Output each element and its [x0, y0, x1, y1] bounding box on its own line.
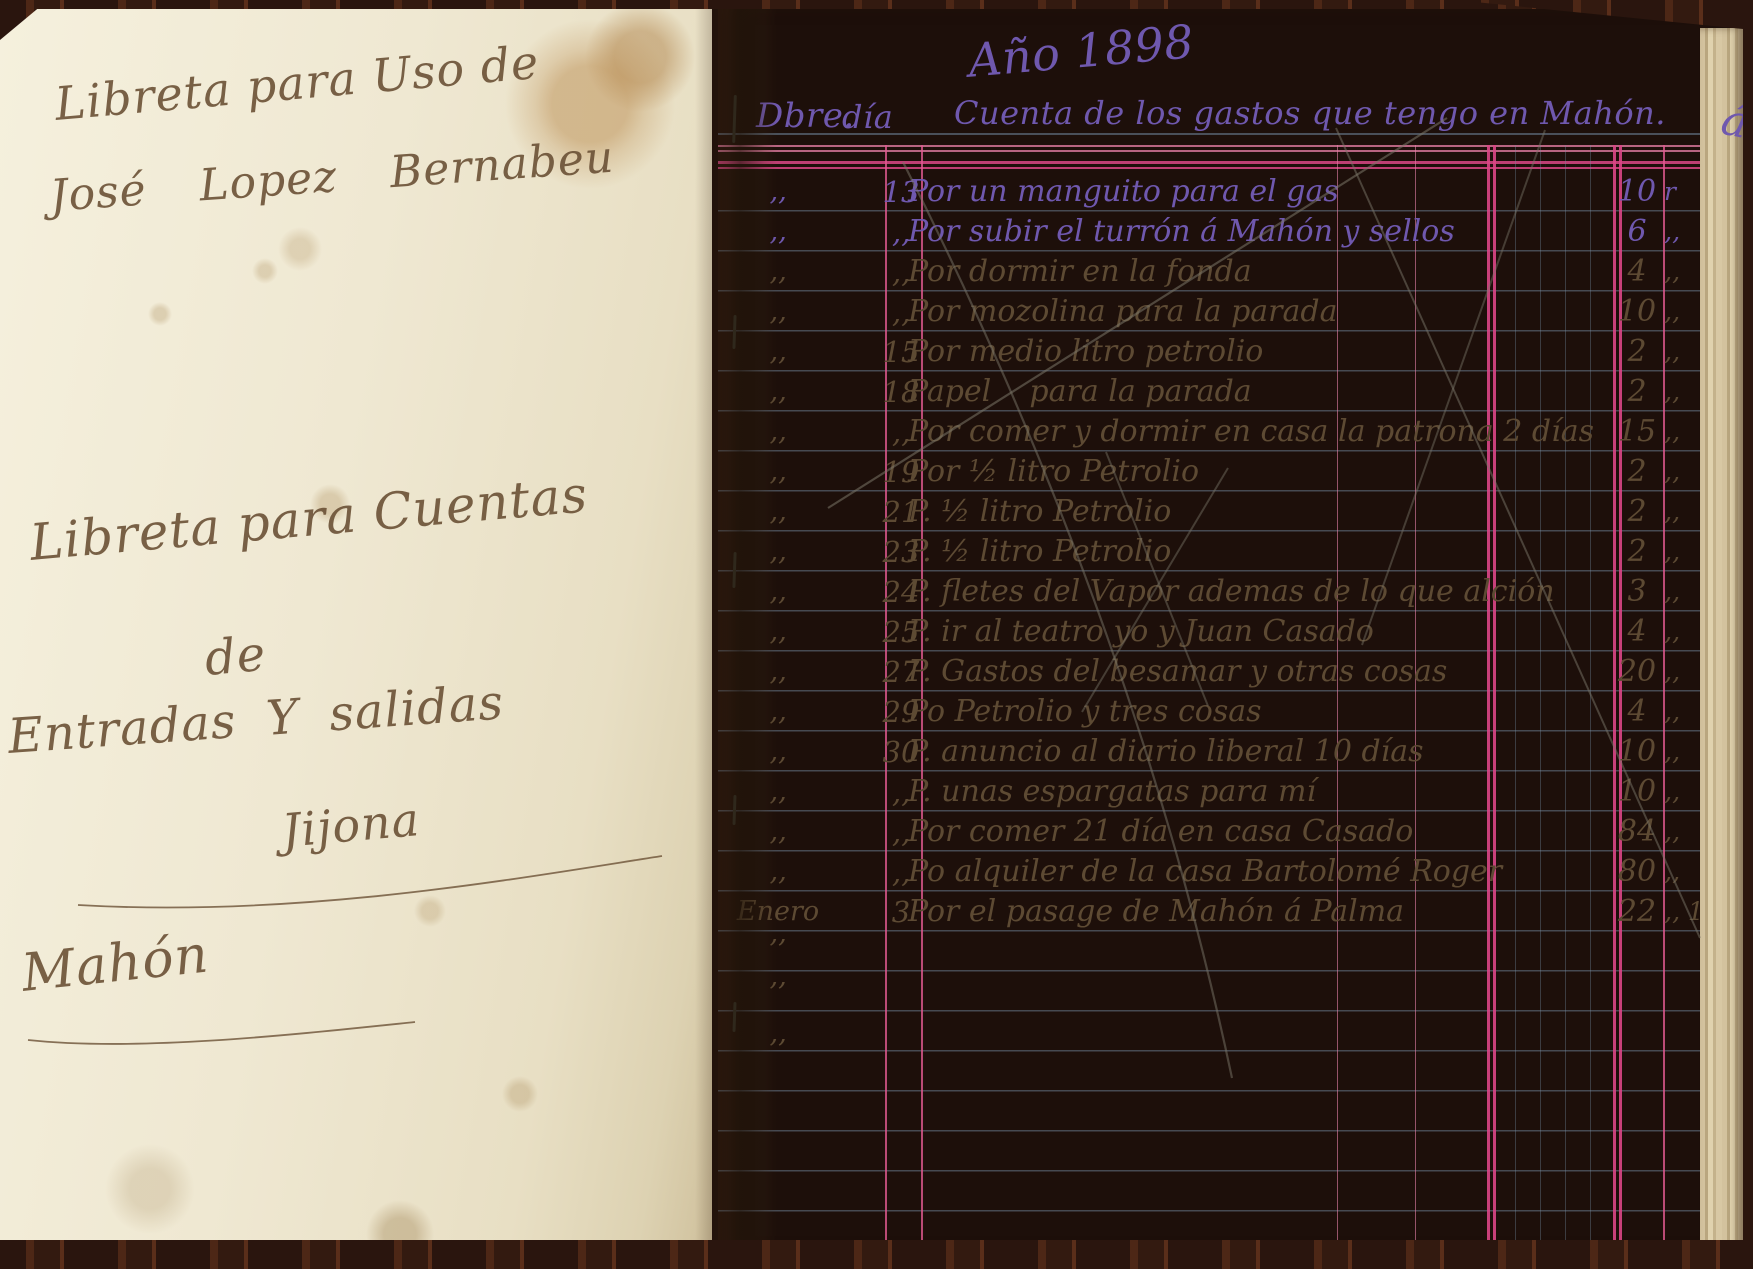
description-cell: Por comer 21 día en casa Casado	[908, 812, 1413, 852]
amount-cell: 20	[1611, 652, 1663, 692]
description-cell: Por un manguito para el gas	[908, 172, 1339, 212]
year-title: Año 1898	[966, 14, 1196, 88]
ledger-row: ‚‚ ‚‚ Por dormir en la fonda 4 ‚‚	[718, 252, 1700, 292]
left-line-6: Jijona	[280, 792, 422, 858]
ledger-row: ‚‚ 15 Por medio litro petrolio 2 ‚‚	[718, 332, 1700, 372]
amount-cell: 6	[1611, 212, 1663, 252]
description-cell: Por mozolina para la parada	[908, 292, 1338, 332]
amount-cell: 2	[1611, 372, 1663, 412]
amount-cell: 2	[1611, 492, 1663, 532]
ledger-row: ‚‚ 13 Por un manguito para el gas 10 r	[718, 172, 1700, 212]
amount-cell: 84	[1611, 812, 1663, 852]
amount-cell: 4	[1611, 692, 1663, 732]
amount-cell: 4	[1611, 612, 1663, 652]
amount-cell: 2	[1611, 452, 1663, 492]
left-line-1: Libreta para Uso de	[53, 35, 542, 131]
amount-cell: 80	[1611, 852, 1663, 892]
amount-cell: 15	[1611, 412, 1663, 452]
binding-stitch	[732, 315, 736, 349]
ledger-row: ‚‚ ‚‚ Po alquiler de la casa Bartolomé R…	[718, 852, 1700, 892]
description-cell: Po alquiler de la casa Bartolomé Roger	[908, 852, 1502, 892]
left-line-3: Libreta para Cuentas	[27, 465, 590, 572]
description-cell: Por ½ litro Petrolio	[908, 452, 1199, 492]
description-cell: P. fletes del Vapor ademas de lo que alc…	[908, 572, 1555, 612]
ledger-row: ‚‚ ‚‚ P. unas espargatas para mí 10 ‚‚	[718, 772, 1700, 812]
description-cell: Por comer y dormir en casa la patrona 2 …	[908, 412, 1594, 452]
ledger-row: ‚‚ 19 Por ½ litro Petrolio 2 ‚‚	[718, 452, 1700, 492]
amount-cell: 10	[1611, 732, 1663, 772]
ledger-row: ‚‚ 27 P. Gastos del besamar y otras cosa…	[718, 652, 1700, 692]
rule-line	[718, 150, 1700, 152]
rule-line	[718, 145, 1700, 147]
amount-cell: 2	[1611, 532, 1663, 572]
binding-stitch	[732, 552, 736, 588]
left-line-7: Mahón	[19, 925, 212, 1004]
ledger-row: ‚‚ ‚‚ Por subir el turrón á Mahón y sell…	[718, 212, 1700, 252]
amount-cell: 22	[1611, 892, 1663, 932]
description-cell: P. ½ litro Petrolio	[908, 532, 1171, 572]
ledger-row: ‚‚ 24 P. fletes del Vapor ademas de lo q…	[718, 572, 1700, 612]
ledger-row: ‚‚ 29 Po Petrolio y tres cosas 4 ‚‚	[718, 692, 1700, 732]
ledger-entries: ‚‚ 13 Por un manguito para el gas 10 r ‚…	[718, 172, 1700, 932]
left-page: Libreta para Uso de José Lopez Bernabeu …	[0, 9, 712, 1243]
amount-cell: 4	[1611, 252, 1663, 292]
amount-cell: 10	[1611, 772, 1663, 812]
description-cell: P. ir al teatro yo y Juan Casado	[908, 612, 1374, 652]
binding-stitch	[732, 795, 736, 825]
description-cell: Po Petrolio y tres cosas	[908, 692, 1262, 732]
description-cell: P. anuncio al diario liberal 10 días	[908, 732, 1424, 772]
page-edge-stack	[1700, 28, 1743, 1255]
header-description: Cuenta de los gastos que tengo en Mahón.	[954, 94, 1666, 132]
amount-cell: 10	[1611, 292, 1663, 332]
left-line-2: José Lopez Bernabeu	[48, 132, 616, 222]
ledger-row: ‚‚ 25 P. ir al teatro yo y Juan Casado 4…	[718, 612, 1700, 652]
ledger-row: ‚‚ ‚‚ Por mozolina para la parada 10 ‚‚	[718, 292, 1700, 332]
amount-cell: 2	[1611, 332, 1663, 372]
description-cell: P. ½ litro Petrolio	[908, 492, 1171, 532]
header-day: día	[842, 98, 893, 136]
rule-line	[718, 167, 1700, 169]
scanned-ledger-photo: Libreta para Uso de José Lopez Bernabeu …	[0, 0, 1753, 1269]
right-page: Año 1898 Dbre. día Cuenta de los gastos …	[718, 6, 1700, 1255]
ledger-row: ‚‚ 23 P. ½ litro Petrolio 2 ‚‚	[718, 532, 1700, 572]
ledger-row: Enero 3 Por el pasage de Mahón á Palma 2…	[718, 892, 1700, 932]
binding-stitch	[732, 1002, 736, 1032]
ledger-row: ‚‚ 21 P. ½ litro Petrolio 2 ‚‚	[718, 492, 1700, 532]
left-line-4: de	[203, 626, 269, 687]
amount-cell: 10	[1611, 172, 1663, 212]
left-line-5: Entradas Y salidas	[6, 674, 506, 765]
rule-line	[718, 161, 1700, 164]
ledger-row: ‚‚ 18 Papel para la parada 2 ‚‚	[718, 372, 1700, 412]
frame-right	[1743, 0, 1753, 1269]
description-cell: Por medio litro petrolio	[908, 332, 1263, 372]
description-cell: P. Gastos del besamar y otras cosas	[908, 652, 1447, 692]
ledger-row: ‚‚ ‚‚ Por comer 21 día en casa Casado 84…	[718, 812, 1700, 852]
description-cell: Por dormir en la fonda	[908, 252, 1252, 292]
description-cell: Por subir el turrón á Mahón y sellos	[908, 212, 1455, 252]
description-cell: Por el pasage de Mahón á Palma	[908, 892, 1404, 932]
ledger-row: ‚‚ ‚‚ Por comer y dormir en casa la patr…	[718, 412, 1700, 452]
book-gutter	[695, 0, 777, 1269]
description-cell: P. unas espargatas para mí	[908, 772, 1316, 812]
binding-stitch	[732, 95, 737, 143]
amount-cell: 3	[1611, 572, 1663, 612]
frame-bottom	[0, 1240, 1753, 1269]
description-cell: Papel para la parada	[908, 372, 1252, 412]
ledger-row: ‚‚ 30 P. anuncio al diario liberal 10 dí…	[718, 732, 1700, 772]
